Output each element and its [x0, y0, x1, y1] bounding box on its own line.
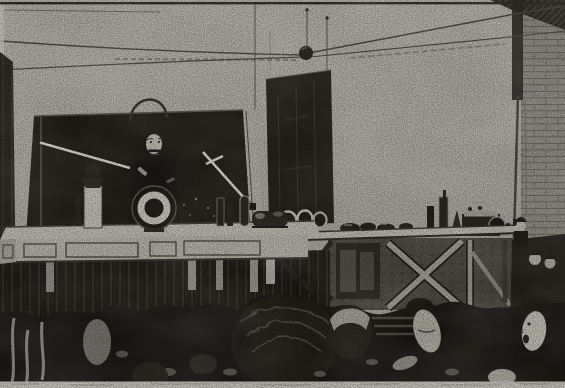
engraving-image	[0, 0, 565, 388]
engraving-canvas	[0, 0, 565, 388]
tonal-blotches	[0, 0, 565, 388]
